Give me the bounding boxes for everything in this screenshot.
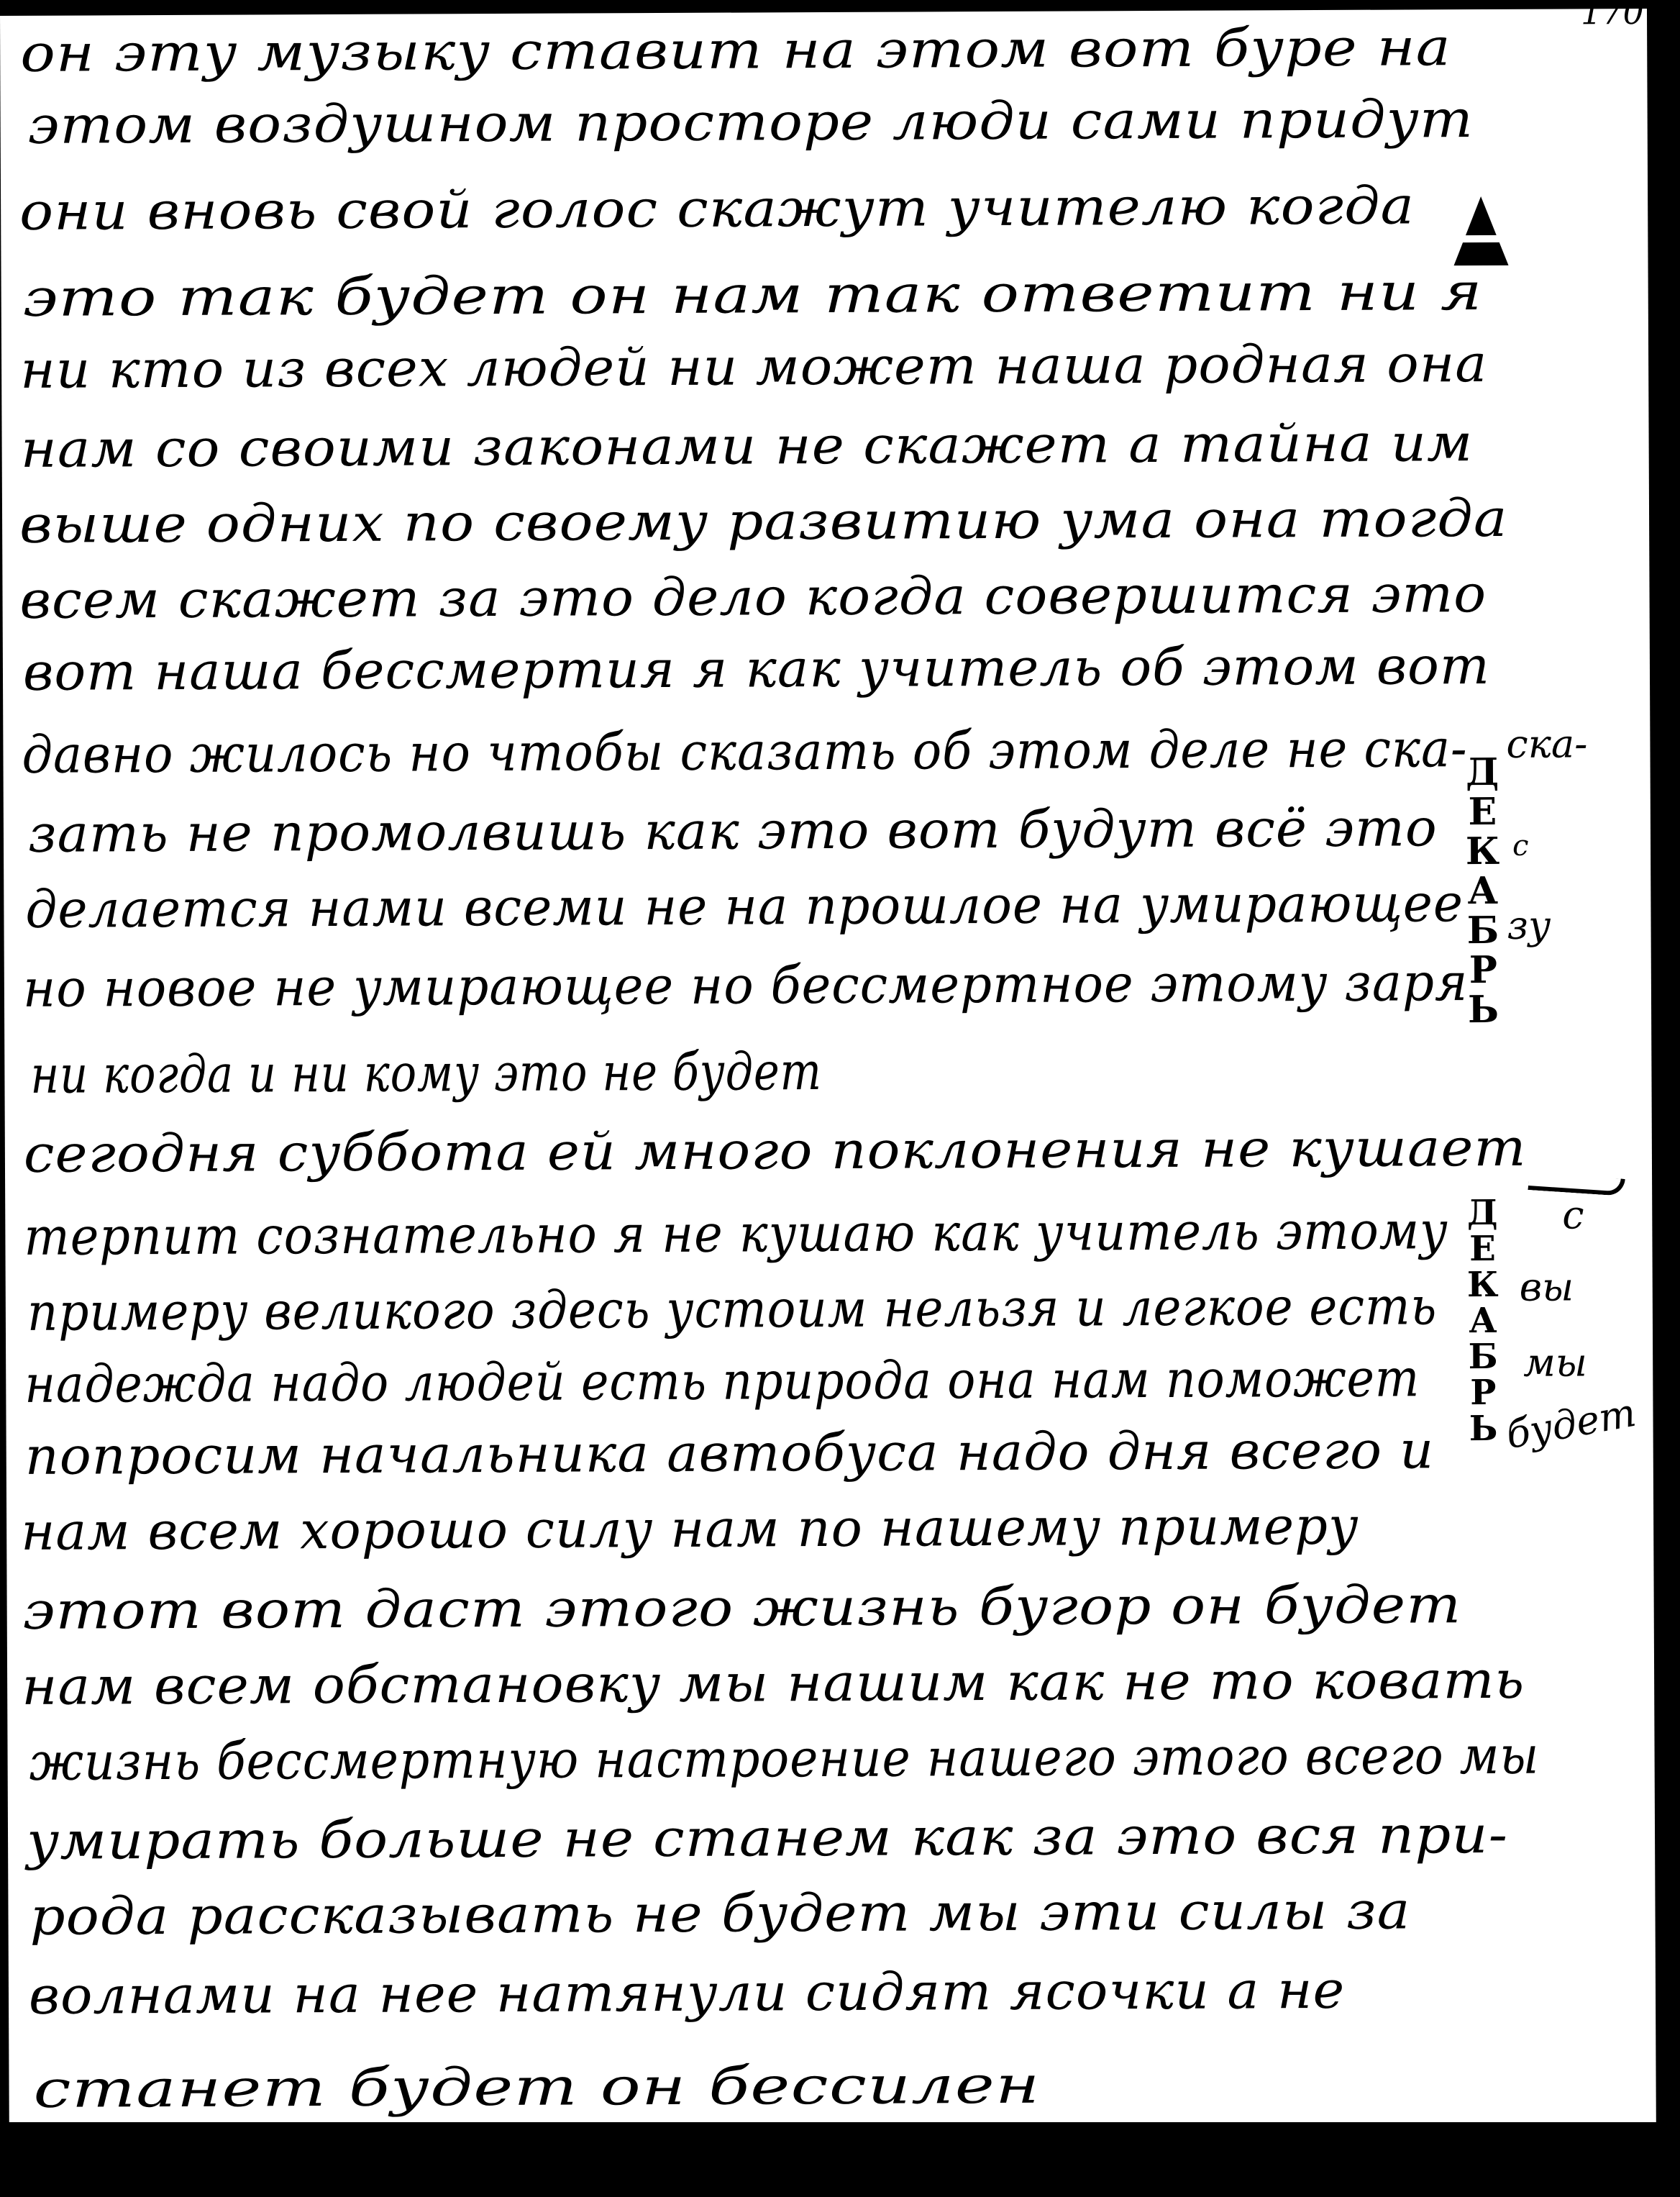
text-line: сегодня суббота ей много поклонения не к… — [24, 1117, 1527, 1184]
text-line: надежда надо людей есть природа она нам … — [24, 1347, 1420, 1414]
text-line: ни кто из всех людей ни может наша родна… — [20, 333, 1488, 400]
text-line: вот наша бессмертия я как учитель об это… — [23, 635, 1490, 702]
text-line: волнами на нее натянули сидят ясочки а н… — [29, 1960, 1346, 2026]
text-line: умирать больше не станем как за это вся … — [27, 1804, 1508, 1871]
text-line: всем скажет за это дело когда совершится… — [19, 563, 1487, 630]
text-line: рода рассказывать не будет мы эти силы з… — [29, 1880, 1410, 1946]
text-line: делается нами всеми не на прошлое на уми… — [25, 873, 1464, 940]
text-line: станет будет он бессилен — [33, 2055, 1040, 2119]
text-line: он эту музыку ставит на этом вот буре на — [20, 17, 1451, 83]
calendar-header-december-2: ДЕКАБРЬ — [1465, 1193, 1501, 1445]
text-line: этот вот даст этого жизнь бугор он будет — [22, 1574, 1461, 1641]
margin-note-vy: вы — [1520, 1264, 1574, 1309]
text-line: терпит сознательно я не кушаю как учител… — [24, 1200, 1448, 1267]
manuscript-page: 170 он эту музыку ставит на этом вот бур… — [0, 9, 1656, 2144]
text-line: этом воздушном просторе люди сами придут — [27, 88, 1474, 155]
margin-bracket — [1528, 1173, 1625, 1196]
text-line: примеру великого здесь устоим нельзя и л… — [27, 1275, 1438, 1342]
text-line: давно жилось но чтобы сказать об этом де… — [22, 718, 1467, 785]
text-line: выше одних по своему развитию ума она то… — [19, 488, 1508, 555]
text-line: нам всем обстановку мы нашим как не то к… — [22, 1650, 1525, 1716]
text-line: нам со своими законами не скажет а тайна… — [20, 412, 1473, 479]
section-marker-icon — [1453, 196, 1508, 265]
text-line: это так будет он нам так ответит ни я — [23, 261, 1483, 328]
margin-note-budet: будет — [1502, 1390, 1639, 1457]
margin-note-my: мы — [1523, 1339, 1587, 1385]
text-line: жизнь бессмертную настроение нашего этог… — [29, 1725, 1539, 1792]
margin-note-zu: зу — [1507, 903, 1551, 948]
text-line: нам всем хорошо силу нам по нашему приме… — [21, 1496, 1359, 1562]
text-line: попросим начальника автобуса надо дня вс… — [25, 1419, 1435, 1486]
page-number: 170 — [1581, 0, 1644, 32]
text-line: но новое не умирающее но бессмертное это… — [23, 952, 1469, 1019]
text-line: они вновь свой голос скажут учителю когд… — [19, 175, 1415, 241]
scan-border-bottom — [0, 2122, 1680, 2197]
margin-note-s: с — [1512, 829, 1529, 863]
margin-note-ska: ска- — [1506, 721, 1587, 766]
calendar-header-december-1: ДЕКАБРЬ — [1463, 750, 1502, 1027]
margin-note-s-2: с — [1562, 1192, 1584, 1237]
text-line: зать не промолвишь как это вот будут всё… — [28, 797, 1438, 864]
text-line: ни когда и ни кому это не будет — [30, 1041, 822, 1105]
